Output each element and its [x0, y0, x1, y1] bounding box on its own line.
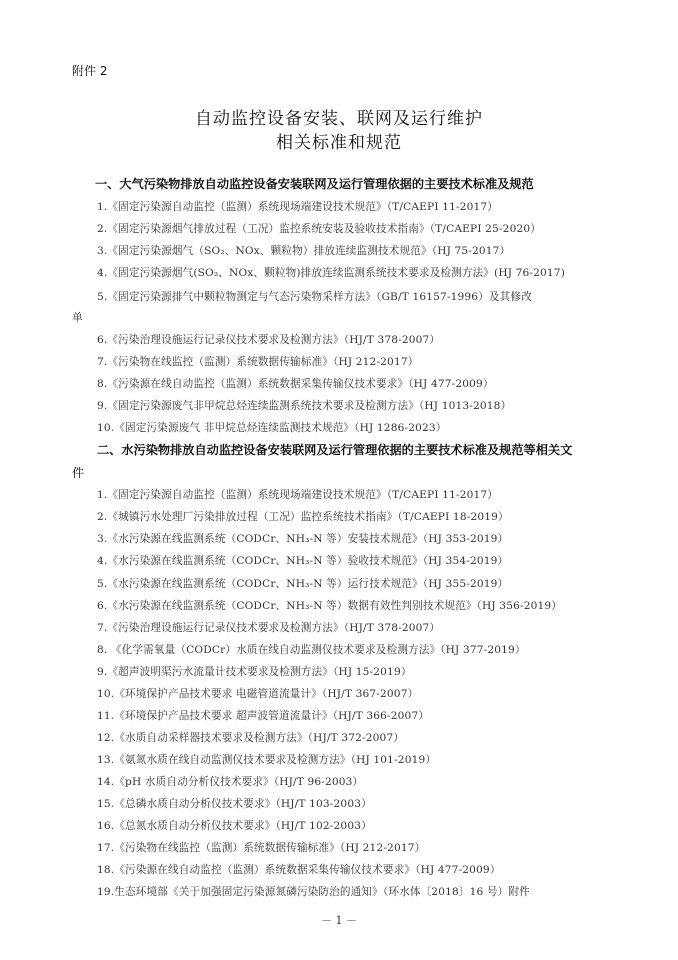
list-item: 6.《污染治理设施运行记录仪技术要求及检测方法》（HJ/T 378-2007）: [97, 332, 440, 347]
list-item: 7.《污染物在线监控（监测）系统数据传输标准》（HJ 212-2017）: [97, 354, 418, 369]
list-item: 3.《水污染源在线监测系统（CODCr、NH₃-N 等）安装技术规范》（HJ 3…: [97, 531, 508, 546]
list-item: 8. 《化学需氧量（CODCr）水质在线自动监测仪技术要求及检测方法》（HJ 3…: [97, 642, 526, 657]
list-item: 19.生态环境部《关于加强固定污染源氮磷污染防治的通知》（环水体〔2018〕16…: [97, 884, 530, 899]
list-item: 9.《固定污染源废气非甲烷总烃连续监测系统技术要求及检测方法》（HJ 1013-…: [97, 398, 511, 413]
list-item-continuation: 单: [72, 310, 83, 325]
list-item: 7.《污染治理设施运行记录仪技术要求及检测方法》（HJ/T 378-2007）: [97, 620, 440, 635]
section-2-heading: 二、水污染物排放自动监控设备安装联网及运行管理依据的主要技术标准及规范等相关文: [97, 441, 645, 458]
section-1-heading: 一、大气污染物排放自动监控设备安装联网及运行管理依据的主要技术标准及规范: [95, 175, 643, 192]
list-item: 12.《水质自动采样器技术要求及检测方法》（HJ/T 372-2007）: [97, 730, 404, 745]
list-item: 13.《氨氮水质在线自动监测仪技术要求及检测方法》（HJ 101-2019）: [97, 752, 436, 767]
list-item: 2.《城镇污水处理厂污染排放过程（工况）监控系统技术指南》（T/CAEPI 18…: [97, 509, 509, 524]
list-item: 1.《固定污染源自动监控（监测）系统现场端建设技术规范》（T/CAEPI 11-…: [97, 199, 498, 214]
list-item: 8.《污染源在线自动监控（监测）系统数据采集传输仪技术要求》（HJ 477-20…: [97, 376, 494, 391]
section-2-heading-continuation: 件: [72, 464, 620, 481]
list-item: 17.《污染物在线监控（监测）系统数据传输标准》（HJ 212-2017）: [97, 840, 425, 855]
list-item: 18.《污染源在线自动监控（监测）系统数据采集传输仪技术要求》（HJ 477-2…: [97, 862, 501, 877]
list-item: 10.《固定污染源废气 非甲烷总烃连续监测技术规范》（HJ 1286-2023）: [97, 420, 447, 435]
list-item: 2.《固定污染源烟气排放过程（工况）监控系统安装及验收技术指南》（T/CAEPI…: [97, 221, 541, 236]
list-item: 4.《水污染源在线监测系统（CODCr、NH₃-N 等）验收技术规范》（HJ 3…: [97, 553, 508, 568]
attachment-label: 附件 2: [72, 62, 107, 79]
list-item: 5.《水污染源在线监测系统（CODCr、NH₃-N 等）运行技术规范》（HJ 3…: [97, 576, 508, 591]
list-item: 1.《固定污染源自动监控（监测）系统现场端建设技术规范》（T/CAEPI 11-…: [97, 487, 498, 502]
document-title-line1: 自动监控设备安装、联网及运行维护: [0, 104, 678, 129]
list-item: 5.《固定污染源排气中颗粒物测定与气态污染物采样方法》（GB/T 16157-1…: [97, 289, 532, 304]
page-number: － 1 －: [0, 912, 678, 928]
list-item: 15.《总磷水质自动分析仪技术要求》（HJ/T 103-2003）: [97, 796, 372, 811]
list-item: 16.《总氮水质自动分析仪技术要求》（HJ/T 102-2003）: [97, 818, 372, 833]
list-item: 11.《环境保护产品技术要求 超声波管道流量计》（HJ/T 366-2007）: [97, 708, 429, 723]
list-item: 4.《固定污染源烟气(SO₂、NOx、颗粒物)排放连续监测系统技术要求及检测方法…: [97, 265, 565, 280]
document-title-line2: 相关标准和规范: [0, 128, 678, 153]
list-item: 3.《固定污染源烟气（SO₂、NOx、颗粒物）排放连续监测技术规范》（HJ 75…: [97, 243, 510, 258]
list-item: 14.《pH 水质自动分析仪技术要求》（HJ/T 96-2003）: [97, 774, 363, 789]
list-item: 9.《超声波明渠污水流量计技术要求及检测方法》（HJ 15-2019）: [97, 664, 412, 679]
list-item: 6.《水污染源在线监测系统（CODCr、NH₃-N 等）数据有效性判别技术规范》…: [97, 598, 562, 613]
list-item: 10.《环境保护产品技术要求 电磁管道流量计》（HJ/T 367-2007）: [97, 686, 418, 701]
